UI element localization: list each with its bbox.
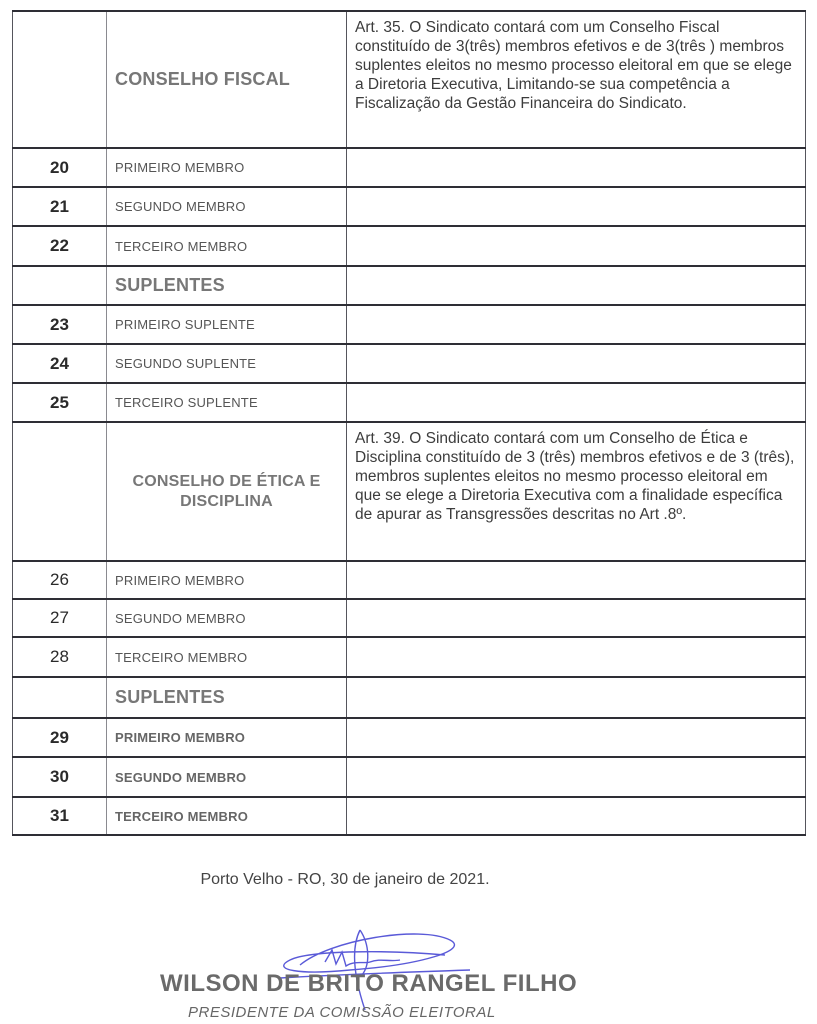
- conselho-fiscal-header-row: CONSELHO FISCAL Art. 35. O Sindicato con…: [12, 10, 806, 147]
- name-field: [347, 306, 806, 343]
- signer-title: PRESIDENTE DA COMISSÃO ELEITORAL: [188, 1004, 496, 1021]
- num-cell-empty: [12, 267, 107, 304]
- row-number: 28: [12, 638, 107, 676]
- conselho-etica-article: Art. 39. O Sindicato contará com um Cons…: [347, 423, 806, 560]
- row-number: 29: [12, 719, 107, 756]
- role-label: PRIMEIRO MEMBRO: [107, 149, 347, 186]
- role-label: TERCEIRO MEMBRO: [107, 227, 347, 265]
- suplentes-title: SUPLENTES: [107, 267, 347, 304]
- table-row: 25 TERCEIRO SUPLENTE: [12, 382, 806, 421]
- signer-name: WILSON DE BRITO RANGEL FILHO: [160, 970, 577, 998]
- table-row: 24 SEGUNDO SUPLENTE: [12, 343, 806, 382]
- name-field: [347, 719, 806, 756]
- table-row: 30 SEGUNDO MEMBRO: [12, 756, 806, 796]
- num-cell-empty: [12, 423, 107, 560]
- conselho-etica-title: CONSELHO DE ÉTICA E DISCIPLINA: [107, 423, 347, 560]
- role-label: TERCEIRO SUPLENTE: [107, 384, 347, 421]
- row-number: 25: [12, 384, 107, 421]
- name-field: [347, 345, 806, 382]
- election-table: CONSELHO FISCAL Art. 35. O Sindicato con…: [12, 10, 806, 836]
- num-cell-empty: [12, 12, 107, 147]
- name-field: [347, 562, 806, 598]
- table-row: 28 TERCEIRO MEMBRO: [12, 636, 806, 676]
- table-row: 23 PRIMEIRO SUPLENTE: [12, 304, 806, 343]
- name-field: [347, 638, 806, 676]
- row-number: 27: [12, 600, 107, 636]
- row-number: 30: [12, 758, 107, 796]
- table-row: 27 SEGUNDO MEMBRO: [12, 598, 806, 636]
- row-number: 20: [12, 149, 107, 186]
- name-field: [347, 188, 806, 225]
- empty-cell: [347, 678, 806, 717]
- table-row: 21 SEGUNDO MEMBRO: [12, 186, 806, 225]
- table-row: 20 PRIMEIRO MEMBRO: [12, 147, 806, 186]
- row-number: 31: [12, 798, 107, 834]
- conselho-fiscal-title: CONSELHO FISCAL: [107, 12, 347, 147]
- role-label: PRIMEIRO SUPLENTE: [107, 306, 347, 343]
- role-label: SEGUNDO SUPLENTE: [107, 345, 347, 382]
- name-field: [347, 149, 806, 186]
- empty-cell: [347, 267, 806, 304]
- name-field: [347, 758, 806, 796]
- row-number: 23: [12, 306, 107, 343]
- table-row: 29 PRIMEIRO MEMBRO: [12, 717, 806, 756]
- suplentes-header-row: SUPLENTES: [12, 676, 806, 717]
- row-number: 24: [12, 345, 107, 382]
- name-field: [347, 384, 806, 421]
- role-label: TERCEIRO MEMBRO: [107, 798, 347, 834]
- name-field: [347, 600, 806, 636]
- table-row: 22 TERCEIRO MEMBRO: [12, 225, 806, 265]
- conselho-etica-header-row: CONSELHO DE ÉTICA E DISCIPLINA Art. 39. …: [12, 421, 806, 560]
- role-label: PRIMEIRO MEMBRO: [107, 719, 347, 756]
- table-row: 31 TERCEIRO MEMBRO: [12, 796, 806, 836]
- suplentes-header-row: SUPLENTES: [12, 265, 806, 304]
- row-number: 21: [12, 188, 107, 225]
- role-label: PRIMEIRO MEMBRO: [107, 562, 347, 598]
- role-label: SEGUNDO MEMBRO: [107, 758, 347, 796]
- suplentes-title: SUPLENTES: [107, 678, 347, 717]
- place-date: Porto Velho - RO, 30 de janeiro de 2021.: [0, 871, 690, 889]
- name-field: [347, 227, 806, 265]
- role-label: TERCEIRO MEMBRO: [107, 638, 347, 676]
- role-label: SEGUNDO MEMBRO: [107, 600, 347, 636]
- name-field: [347, 798, 806, 834]
- table-row: 26 PRIMEIRO MEMBRO: [12, 560, 806, 598]
- conselho-fiscal-article: Art. 35. O Sindicato contará com um Cons…: [347, 12, 806, 147]
- role-label: SEGUNDO MEMBRO: [107, 188, 347, 225]
- num-cell-empty: [12, 678, 107, 717]
- row-number: 22: [12, 227, 107, 265]
- row-number: 26: [12, 562, 107, 598]
